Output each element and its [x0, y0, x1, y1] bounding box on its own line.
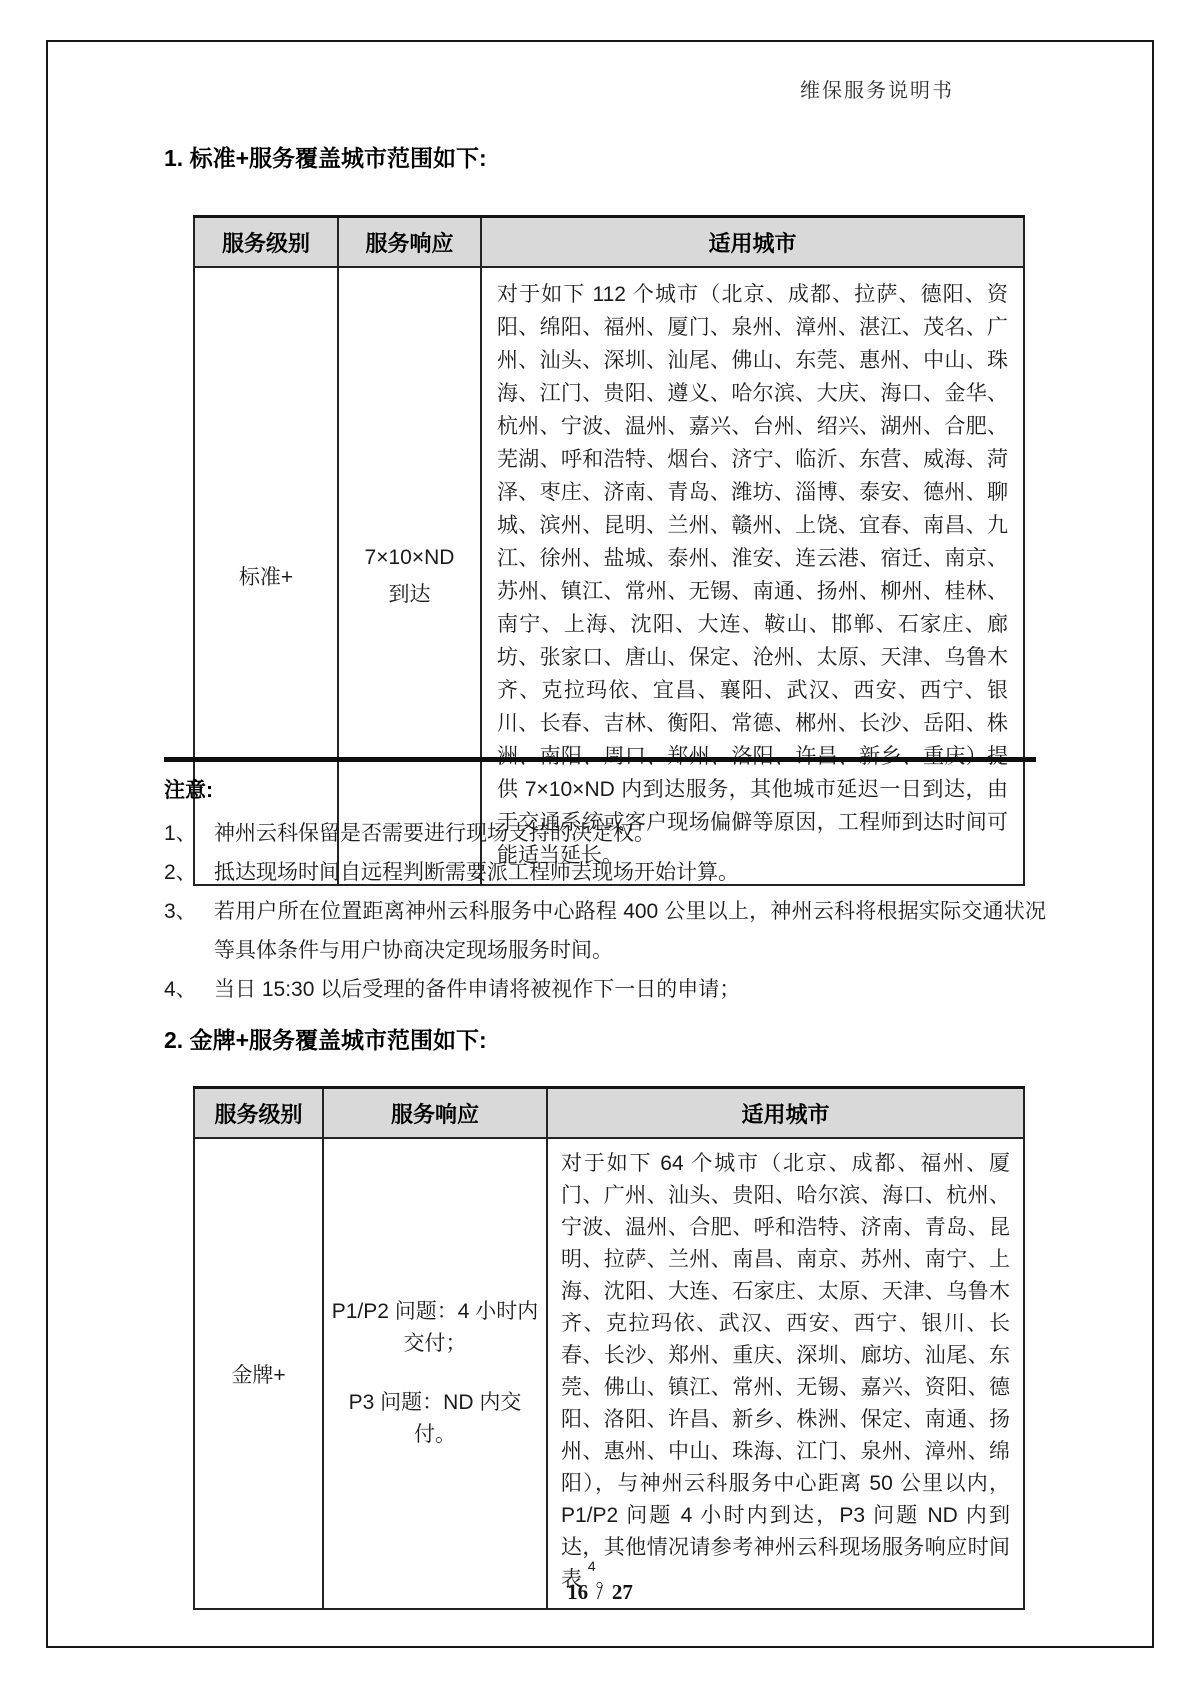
col-header-service-response: 服务响应: [323, 1088, 547, 1139]
note-item-1: 1、 神州云科保留是否需要进行现场支持的决定权。: [164, 814, 1046, 853]
note-text: 抵达现场时间自远程判断需要派工程师去现场开始计算。: [214, 853, 1046, 892]
cities-text: 对于如下 64 个城市（北京、成都、福州、厦门、广州、汕头、贵阳、哈尔滨、海口、…: [561, 1152, 1010, 1591]
note-number: 2、: [164, 853, 214, 892]
page-number-current: 16: [567, 1580, 588, 1604]
note-number: 3、: [164, 892, 214, 970]
service-level-cell: 金牌+: [194, 1138, 323, 1609]
col-header-service-level: 服务级别: [194, 217, 338, 268]
table-header-row: 服务级别 服务响应 适用城市: [194, 217, 1024, 268]
table-header-row: 服务级别 服务响应 适用城市: [194, 1088, 1024, 1139]
section-divider: [164, 757, 1036, 762]
response-paragraph-1: P1/P2 问题：4 小时内交付；: [325, 1296, 545, 1360]
note-item-4: 4、 当日 15:30 以后受理的备件申请将被视作下一日的申请；: [164, 970, 1046, 1009]
note-text: 神州云科保留是否需要进行现场支持的决定权。: [214, 814, 1046, 853]
col-header-applicable-cities: 适用城市: [547, 1088, 1024, 1139]
section1-heading: 1. 标准+服务覆盖城市范围如下:: [164, 140, 487, 173]
page-number-separator: /: [588, 1580, 612, 1604]
note-text: 若用户所在位置距离神州云科服务中心路程 400 公里以上，神州云科将根据实际交通…: [214, 892, 1046, 970]
note-item-2: 2、 抵达现场时间自远程判断需要派工程师去现场开始计算。: [164, 853, 1046, 892]
col-header-service-response: 服务响应: [338, 217, 481, 268]
applicable-cities-cell: 对于如下 64 个城市（北京、成都、福州、厦门、广州、汕头、贵阳、哈尔滨、海口、…: [547, 1138, 1024, 1609]
response-paragraph-2: P3 问题：ND 内交付。: [325, 1387, 545, 1451]
footnote-marker: 4: [588, 1558, 596, 1574]
notes-section: 注意: 1、 神州云科保留是否需要进行现场支持的决定权。 2、 抵达现场时间自远…: [164, 774, 1046, 1009]
section2-heading: 2. 金牌+服务覆盖城市范围如下:: [164, 1022, 487, 1055]
table-row: 金牌+ P1/P2 问题：4 小时内交付； P3 问题：ND 内交付。 对于如下…: [194, 1138, 1024, 1609]
page-number-total: 27: [612, 1580, 633, 1604]
note-text: 当日 15:30 以后受理的备件申请将被视作下一日的申请；: [214, 970, 1046, 1009]
col-header-applicable-cities: 适用城市: [481, 217, 1024, 268]
note-number: 1、: [164, 814, 214, 853]
note-item-3: 3、 若用户所在位置距离神州云科服务中心路程 400 公里以上，神州云科将根据实…: [164, 892, 1046, 970]
response-line-1: 7×10×ND: [340, 539, 479, 576]
gold-plus-table: 服务级别 服务响应 适用城市 金牌+ P1/P2 问题：4 小时内交付； P3 …: [193, 1086, 1025, 1610]
notes-title: 注意:: [164, 774, 1046, 804]
service-response-cell: P1/P2 问题：4 小时内交付； P3 问题：ND 内交付。: [323, 1138, 547, 1609]
page-footer: 16/27: [0, 1580, 1200, 1605]
response-line-2: 到达: [340, 576, 479, 613]
col-header-service-level: 服务级别: [194, 1088, 323, 1139]
doc-header-title: 维保服务说明书: [800, 74, 954, 103]
note-number: 4、: [164, 970, 214, 1009]
